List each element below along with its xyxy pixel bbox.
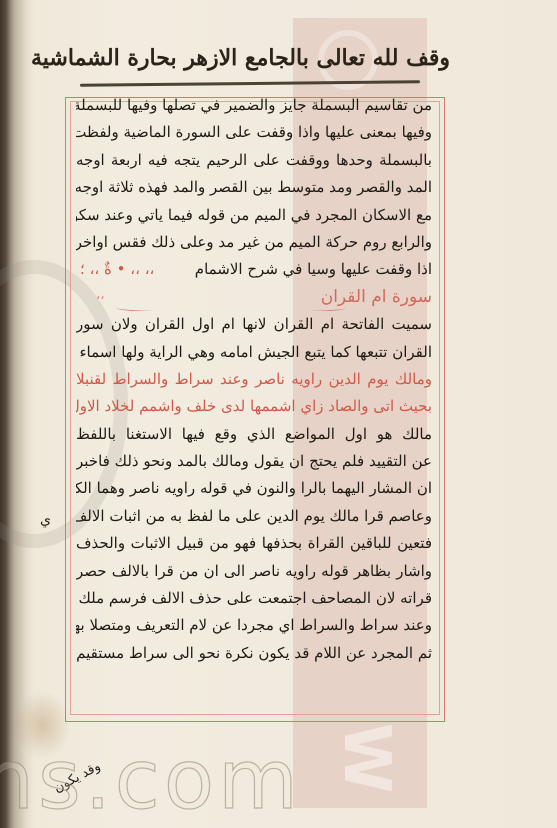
heading-ornament: ،، [96, 284, 104, 309]
margin-note: ي [40, 512, 51, 528]
text-line: بالبسملة وحدها ووقفت على الرحيم يتجه فيه… [76, 147, 432, 174]
rubric-line: ومالك يوم الدين راويه ناصر وعند سراط وال… [76, 366, 432, 393]
text-line: المد والقصر ومد متوسط بين القصر والمد فه… [76, 174, 432, 201]
surah-heading-line: سورة ام القران ،، [76, 284, 432, 311]
text-line: مع الاسكان المجرد في الميم من قوله فيما … [76, 202, 432, 229]
text-line: مالك هو اول المواضع الذي وقع فيها الاستغ… [76, 421, 432, 448]
main-text-block: من تقاسيم البسملة جايز والضمير في تصلها … [76, 92, 432, 667]
watermark-text: ns.com [0, 740, 302, 822]
text-line: من تقاسيم البسملة جايز والضمير في تصلها … [76, 92, 432, 119]
text-line: وفيها بمعنى عليها واذا وقفت على السورة ا… [76, 119, 432, 146]
text-line: وعند سراط والسراط اي مجردا عن لام التعري… [76, 612, 432, 639]
text-line: سميت الفاتحة ام القران لانها ام اول القر… [76, 311, 432, 338]
text-line: القران تتبعها كما يتبع الجيش امامه وهي ا… [76, 339, 432, 366]
text-line: فتعين للباقين القراة بحذفها فهو من قبيل … [76, 530, 432, 557]
rubric-line: بحيث اتى والصاد زاي اشممها لدى خلف واشمم… [76, 393, 432, 420]
text-line: عن التقييد فلم يحتج ان يقول ومالك بالمد … [76, 448, 432, 475]
text-line: ان المشار اليهما بالرا والنون في قوله را… [76, 475, 432, 502]
text-line: ثم المجرد عن اللام قد يكون نكرة نحو الى … [76, 640, 432, 667]
text-line: وعاصم قرا مالك يوم الدين على ما لفظ به م… [76, 503, 432, 530]
text-line: والرابع روم حركة الميم من غير مد وعلى ذل… [76, 229, 432, 256]
manuscript-page: W وقف لله تعالى بالجامع الازهر بحارة الش… [0, 0, 557, 828]
text-line: اذا وقفت عليها وسيا في شرح الاشمام ةٌ ،،… [76, 256, 432, 283]
waqf-inscription: وقف لله تعالى بالجامع الازهر بحارة الشما… [50, 38, 450, 78]
text-line: واشار بظاهر قوله راويه ناصر الى ان من قر… [76, 558, 432, 585]
text-line: قراته لان المصاحف اجتمعت على حذف الالف ف… [76, 585, 432, 612]
text-line-content: اذا وقفت عليها وسيا في شرح الاشمام [195, 260, 432, 278]
watermark-letter: W [336, 718, 396, 798]
verse-ornaments: ةٌ ،، ؛ • ،، ،، [80, 256, 154, 283]
heading-flourish [116, 302, 346, 311]
